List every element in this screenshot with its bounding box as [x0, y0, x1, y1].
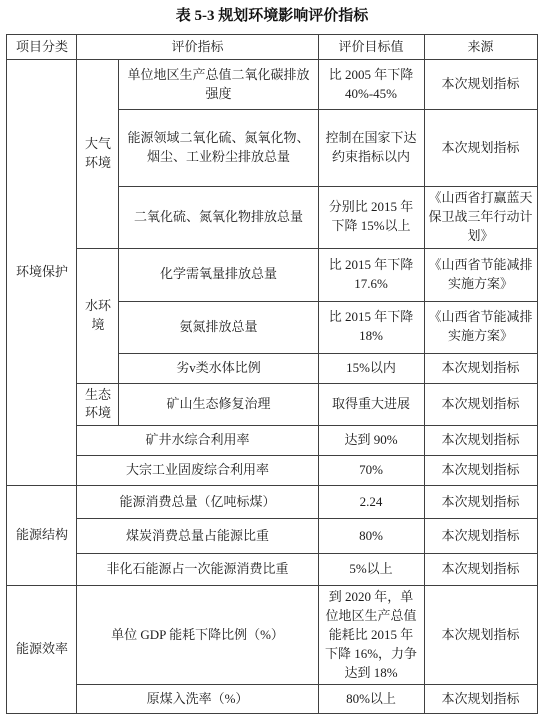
source-cell: 本次规划指标 [424, 353, 537, 383]
evaluation-table: 项目分类 评价指标 评价目标值 来源 环境保护 大气环境 单位地区生产总值二氧化… [6, 34, 537, 714]
target-cell: 80%以上 [318, 685, 424, 714]
source-cell: 本次规划指标 [424, 586, 537, 685]
document-page: 表 5-3 规划环境影响评价指标 项目分类 评价指标 评价目标值 来源 环境保护… [0, 0, 544, 707]
target-cell: 80% [318, 519, 424, 554]
target-cell: 到 2020 年，单位地区生产总值能耗比 2015 年下降 16%，力争达到 1… [318, 586, 424, 685]
target-cell: 5%以上 [318, 554, 424, 586]
indicator-cell: 非化石能源占一次能源消费比重 [77, 554, 318, 586]
target-cell: 70% [318, 456, 424, 486]
indicator-cell: 大宗工业固废综合利用率 [77, 456, 318, 486]
source-cell: 本次规划指标 [424, 383, 537, 426]
target-cell: 15%以内 [318, 353, 424, 383]
source-cell: 《山西省节能减排实施方案》 [424, 301, 537, 353]
source-cell: 本次规划指标 [424, 110, 537, 187]
header-indicator: 评价指标 [77, 35, 318, 60]
indicator-cell: 矿山生态修复治理 [119, 383, 318, 426]
table-row: 大宗工业固废综合利用率 70% 本次规划指标 [7, 456, 537, 486]
table-title: 表 5-3 规划环境影响评价指标 [0, 5, 544, 34]
indicator-cell: 能源领域二氧化硫、氮氧化物、烟尘、工业粉尘排放总量 [119, 110, 318, 187]
target-cell: 达到 90% [318, 426, 424, 456]
header-source: 来源 [424, 35, 537, 60]
indicator-cell: 氨氮排放总量 [119, 301, 318, 353]
target-cell: 控制在国家下达约束指标以内 [318, 110, 424, 187]
source-cell: 本次规划指标 [424, 456, 537, 486]
source-cell: 《山西省打赢蓝天保卫战三年行动计划》 [424, 187, 537, 249]
source-cell: 本次规划指标 [424, 486, 537, 519]
indicator-cell: 矿井水综合利用率 [77, 426, 318, 456]
header-category: 项目分类 [7, 35, 77, 60]
indicator-cell: 劣v类水体比例 [119, 353, 318, 383]
target-cell: 取得重大进展 [318, 383, 424, 426]
source-cell: 《山西省节能减排实施方案》 [424, 248, 537, 301]
indicator-cell: 单位 GDP 能耗下降比例（%） [77, 586, 318, 685]
target-cell: 比 2015 年下降 17.6% [318, 248, 424, 301]
indicator-cell: 煤炭消费总量占能源比重 [77, 519, 318, 554]
table-row: 能源结构 能源消费总量（亿吨标煤） 2.24 本次规划指标 [7, 486, 537, 519]
subcategory-cell-water: 水环境 [77, 248, 119, 383]
table-row: 水环境 化学需氧量排放总量 比 2015 年下降 17.6% 《山西省节能减排实… [7, 248, 537, 301]
table-row: 原煤入洗率（%） 80%以上 本次规划指标 [7, 685, 537, 714]
subcategory-cell-ecology: 生态环境 [77, 383, 119, 426]
table-row: 矿井水综合利用率 达到 90% 本次规划指标 [7, 426, 537, 456]
source-cell: 本次规划指标 [424, 426, 537, 456]
category-cell-environment: 环境保护 [7, 60, 77, 486]
category-cell-energy-efficiency: 能源效率 [7, 586, 77, 714]
source-cell: 本次规划指标 [424, 554, 537, 586]
category-cell-energy-structure: 能源结构 [7, 486, 77, 586]
target-cell: 分别比 2015 年下降 15%以上 [318, 187, 424, 249]
header-target: 评价目标值 [318, 35, 424, 60]
subcategory-cell-air: 大气环境 [77, 60, 119, 249]
indicator-cell: 二氧化硫、氮氧化物排放总量 [119, 187, 318, 249]
target-cell: 2.24 [318, 486, 424, 519]
table-row: 生态环境 矿山生态修复治理 取得重大进展 本次规划指标 [7, 383, 537, 426]
table-row: 非化石能源占一次能源消费比重 5%以上 本次规划指标 [7, 554, 537, 586]
table-header-row: 项目分类 评价指标 评价目标值 来源 [7, 35, 537, 60]
source-cell: 本次规划指标 [424, 685, 537, 714]
table-row: 能源效率 单位 GDP 能耗下降比例（%） 到 2020 年，单位地区生产总值能… [7, 586, 537, 685]
indicator-cell: 化学需氧量排放总量 [119, 248, 318, 301]
source-cell: 本次规划指标 [424, 60, 537, 110]
source-cell: 本次规划指标 [424, 519, 537, 554]
indicator-cell: 原煤入洗率（%） [77, 685, 318, 714]
indicator-cell: 能源消费总量（亿吨标煤） [77, 486, 318, 519]
target-cell: 比 2015 年下降 18% [318, 301, 424, 353]
target-cell: 比 2005 年下降 40%-45% [318, 60, 424, 110]
table-row: 环境保护 大气环境 单位地区生产总值二氧化碳排放强度 比 2005 年下降 40… [7, 60, 537, 110]
table-row: 煤炭消费总量占能源比重 80% 本次规划指标 [7, 519, 537, 554]
indicator-cell: 单位地区生产总值二氧化碳排放强度 [119, 60, 318, 110]
